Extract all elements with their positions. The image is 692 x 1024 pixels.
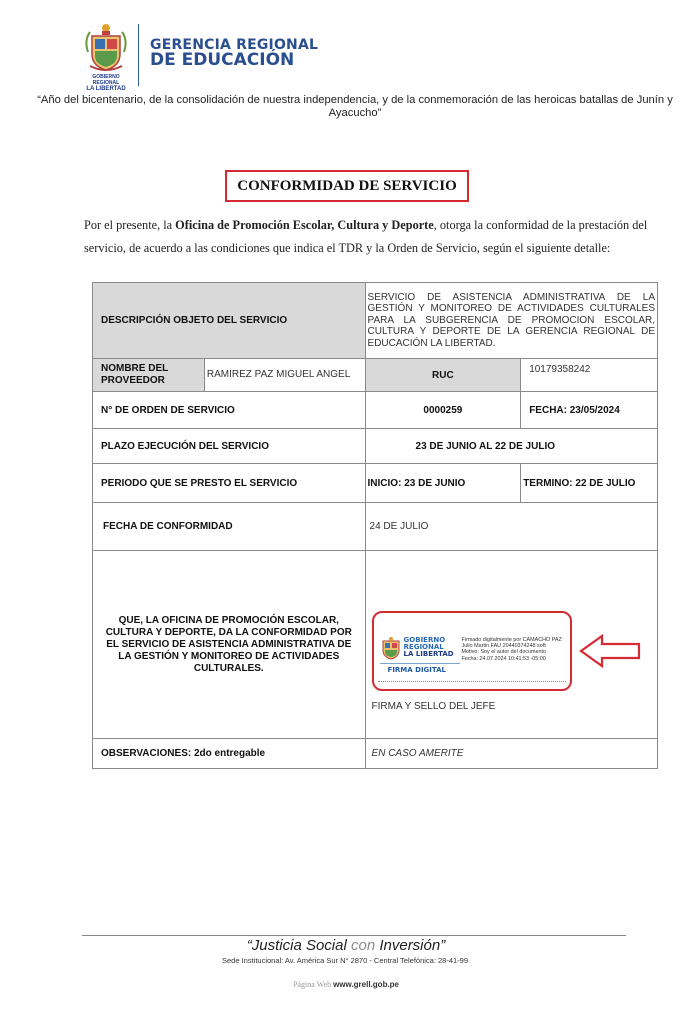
motto-part-a: “Justicia Social: [247, 937, 351, 954]
left-arrow-icon: [578, 633, 642, 669]
conformity-date-label: FECHA DE CONFORMIDAD: [93, 503, 366, 551]
table-row: N° DE ORDEN DE SERVICIO 0000259 FECHA: 2…: [93, 392, 658, 429]
motto-part-b: Inversión”: [375, 937, 445, 954]
observations-value: EN CASO AMERITE: [365, 739, 657, 769]
signature-date: Fecha: 24.07.2024 10:41:53 -05:00: [462, 656, 570, 662]
term-label: PLAZO EJECUCIÓN DEL SERVICIO: [93, 429, 366, 464]
provider-label: NOMBRE DEL PROVEEDOR: [93, 359, 205, 392]
description-value: SERVICIO DE ASISTENCIA ADMINISTRATIVA DE…: [365, 283, 657, 359]
order-date: FECHA: 23/05/2024: [521, 392, 658, 429]
org-name: GERENCIA REGIONAL DE EDUCACIÓN: [150, 38, 318, 68]
document-title: CONFORMIDAD DE SERVICIO: [237, 178, 457, 195]
table-row: DESCRIPCIÓN OBJETO DEL SERVICIO SERVICIO…: [93, 283, 658, 359]
signature-line: [378, 681, 566, 682]
logo-line3: LA LIBERTAD: [404, 651, 454, 658]
order-value: 0000259: [365, 392, 521, 429]
crest-caption: GOBIERNO REGIONAL LA LIBERTAD: [80, 74, 132, 92]
signature-cell: GOBIERNO REGIONAL LA LIBERTAD FIRMA DIGI…: [365, 551, 657, 739]
web-url-link[interactable]: www.grell.gob.pe: [333, 980, 399, 989]
signature-label: FIRMA Y SELLO DEL JEFE: [372, 701, 496, 712]
intro-paragraph: Por el presente, la Oficina de Promoción…: [84, 214, 654, 260]
signature-logo: GOBIERNO REGIONAL LA LIBERTAD FIRMA DIGI…: [380, 633, 460, 673]
intro-prefix: Por el presente, la: [84, 218, 175, 232]
logo-caption: FIRMA DIGITAL: [388, 666, 446, 674]
table-row: QUE, LA OFICINA DE PROMOCIÓN ESCOLAR, CU…: [93, 551, 658, 739]
crest-caption-bottom: LA LIBERTAD: [80, 86, 132, 92]
motto-con: con: [351, 937, 375, 954]
ruc-label: RUC: [365, 359, 521, 392]
table-row: FECHA DE CONFORMIDAD 24 DE JULIO: [93, 503, 658, 551]
org-name-line2: DE EDUCACIÓN: [150, 53, 318, 68]
footer-web: Página Web www.grell.gob.pe: [0, 980, 692, 989]
service-conformity-table: DESCRIPCIÓN OBJETO DEL SERVICIO SERVICIO…: [92, 282, 658, 769]
description-label: DESCRIPCIÓN OBJETO DEL SERVICIO: [93, 283, 366, 359]
footer-divider: [82, 935, 626, 936]
letterhead: GOBIERNO REGIONAL LA LIBERTAD GERENCIA R…: [80, 22, 340, 88]
table-row: OBSERVACIONES: 2do entregable EN CASO AM…: [93, 739, 658, 769]
table-row: PLAZO EJECUCIÓN DEL SERVICIO 23 DE JUNIO…: [93, 429, 658, 464]
header-divider: [138, 24, 139, 86]
signed-by: Firmado digitalmente por CAMACHO PAZ Jul…: [462, 637, 570, 649]
period-label: PERIODO QUE SE PRESTO EL SERVICIO: [93, 464, 366, 503]
table-row: PERIODO QUE SE PRESTO EL SERVICIO INICIO…: [93, 464, 658, 503]
table-row: NOMBRE DEL PROVEEDOR RAMIREZ PAZ MIGUEL …: [93, 359, 658, 392]
digital-signature-stamp[interactable]: GOBIERNO REGIONAL LA LIBERTAD FIRMA DIGI…: [372, 611, 572, 691]
ruc-value: 10179358242: [521, 359, 658, 392]
signature-details: Firmado digitalmente por CAMACHO PAZ Jul…: [462, 637, 570, 662]
intro-office: Oficina de Promoción Escolar, Cultura y …: [175, 218, 434, 232]
conformity-date-value: 24 DE JULIO: [365, 503, 657, 551]
observations-label: OBSERVACIONES: 2do entregable: [93, 739, 366, 769]
document-title-box: CONFORMIDAD DE SERVICIO: [225, 170, 469, 202]
year-motto: “Año del bicentenario, de la consolidaci…: [30, 94, 680, 120]
order-label: N° DE ORDEN DE SERVICIO: [93, 392, 366, 429]
term-value: 23 DE JUNIO AL 22 DE JULIO: [365, 429, 657, 464]
period-start: INICIO: 23 DE JUNIO: [365, 464, 521, 503]
regional-crest-icon: [380, 637, 402, 661]
footer-motto: “Justicia Social con Inversión”: [0, 937, 692, 954]
signature-logo-text: GOBIERNO REGIONAL LA LIBERTAD: [404, 637, 454, 658]
conformity-statement: QUE, LA OFICINA DE PROMOCIÓN ESCOLAR, CU…: [93, 551, 366, 739]
provider-value: RAMIREZ PAZ MIGUEL ANGEL: [204, 359, 365, 392]
footer-address: Sede Institucional: Av. América Sur N° 2…: [220, 955, 470, 966]
period-end: TERMINO: 22 DE JULIO: [521, 464, 658, 503]
crest-caption-top: GOBIERNO REGIONAL: [80, 74, 132, 86]
logo-divider: [380, 663, 460, 664]
web-label: Página Web: [293, 980, 333, 989]
